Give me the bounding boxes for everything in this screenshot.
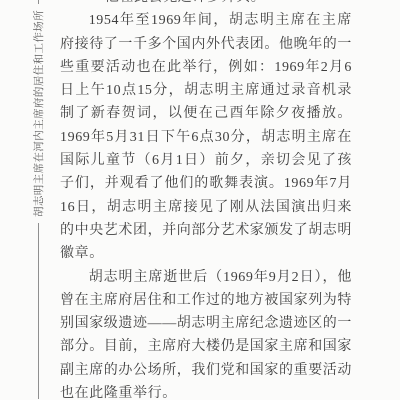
margin-rotated-strip: 胡志明主席在河内主席府的居住和工作场所 [25,1,51,399]
article-text-block: 他在此会见过许多外宾。 1954年至1969年间，胡志明主席在主席府接待了一千多… [60,0,352,400]
margin-chapter-title: 胡志明主席在河内主席府的居住和工作场所 [31,10,46,217]
paragraph-activities: 1954年至1969年间，胡志明主席在主席府接待了一千多个国内外代表团。他晚年的… [60,9,352,265]
clipped-top-line: 他在此会见过许多外宾。 [60,0,352,9]
paragraph-memorial: 胡志明主席逝世后（1969年9月2日），他曾在主席府居住和工作过的地方被国家列为… [60,266,352,400]
margin-rule-short [38,0,39,4]
margin-rule-long [38,223,39,399]
scanned-document-page: 胡志明主席在河内主席府的居住和工作场所 他在此会见过许多外宾。 1954年至19… [0,0,400,400]
page-margin-header: 胡志明主席在河内主席府的居住和工作场所 [25,0,51,400]
